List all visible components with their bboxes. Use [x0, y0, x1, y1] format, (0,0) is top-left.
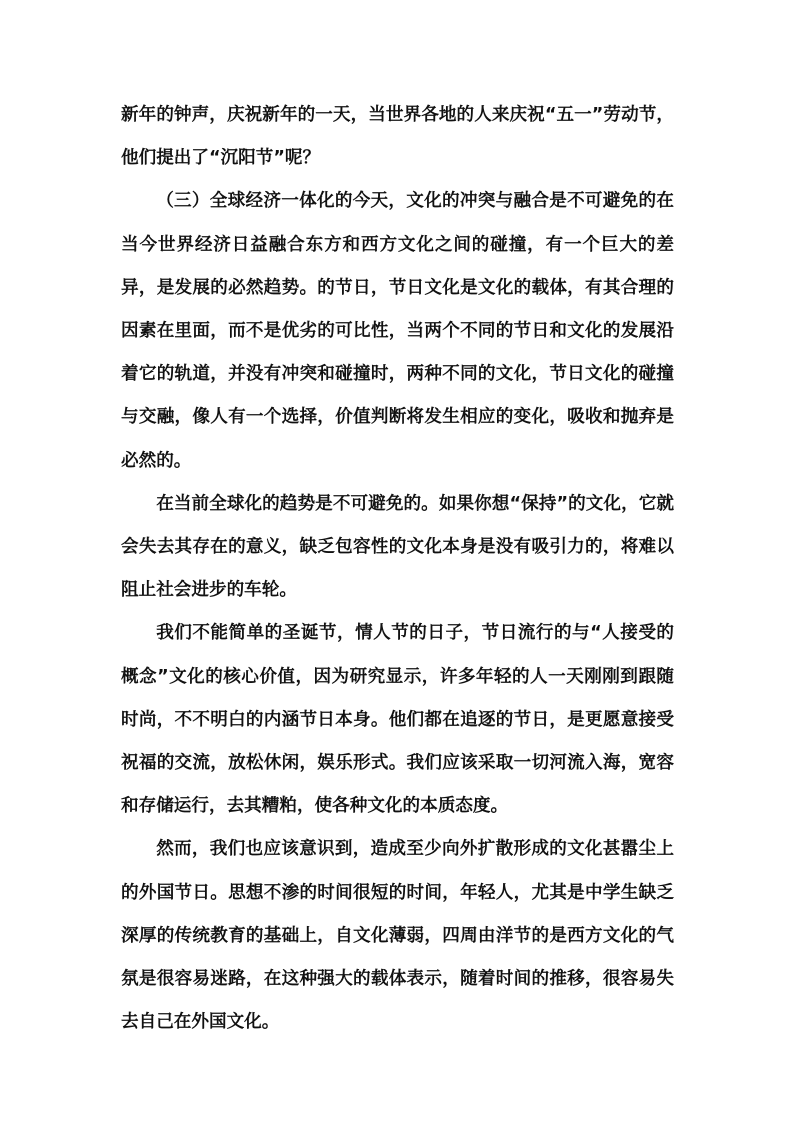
paragraph-3: 在当前全球化的趋势是不可避免的。如果你想“保持”的文化，它就会失去其存在的意义，… [121, 483, 674, 613]
paragraph-2: （三）全球经济一体化的今天，文化的冲突与融合是不可避免的在当今世界经济日益融合东… [121, 180, 674, 482]
document-page: 新年的钟声，庆祝新年的一天，当世界各地的人来庆祝“五一”劳动节，他们提出了“沉阳… [121, 94, 674, 1044]
paragraph-5: 然而，我们也应该意识到，造成至少向外扩散形成的文化甚嚣尘上的外国节日。思想不渗的… [121, 828, 674, 1044]
paragraph-4: 我们不能简单的圣诞节，情人节的日子，节日流行的与“人接受的概念”文化的核心价值，… [121, 612, 674, 828]
paragraph-1: 新年的钟声，庆祝新年的一天，当世界各地的人来庆祝“五一”劳动节，他们提出了“沉阳… [121, 94, 674, 180]
